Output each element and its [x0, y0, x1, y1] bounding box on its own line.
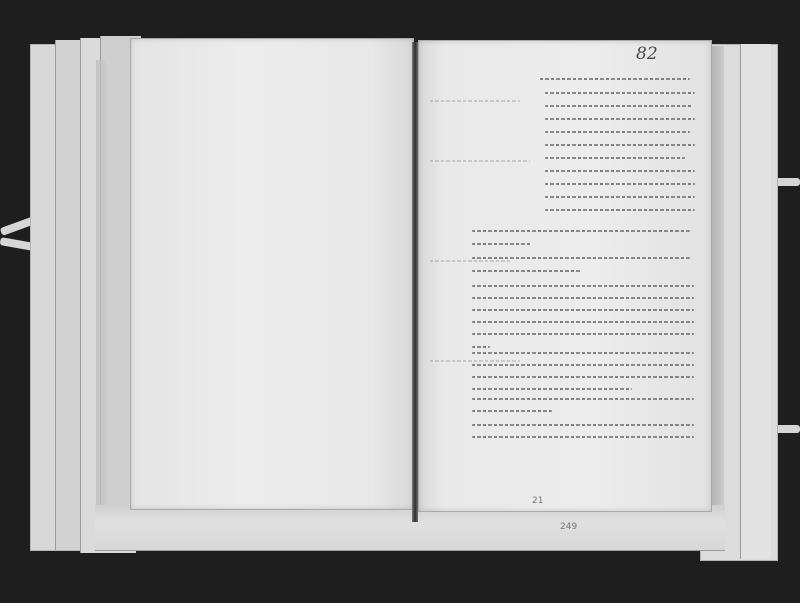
loose-leaf [740, 44, 771, 559]
left-page [130, 38, 414, 510]
right-page [418, 40, 712, 512]
folio-number: 82 [636, 44, 658, 64]
right-tie-strap [775, 178, 800, 186]
page-foot-mark: 21 [532, 496, 543, 506]
leaf-stain-edge [96, 60, 110, 530]
edge-number: 249 [560, 522, 577, 532]
leaf-stain-edge [712, 46, 724, 506]
book-gutter [412, 42, 418, 522]
